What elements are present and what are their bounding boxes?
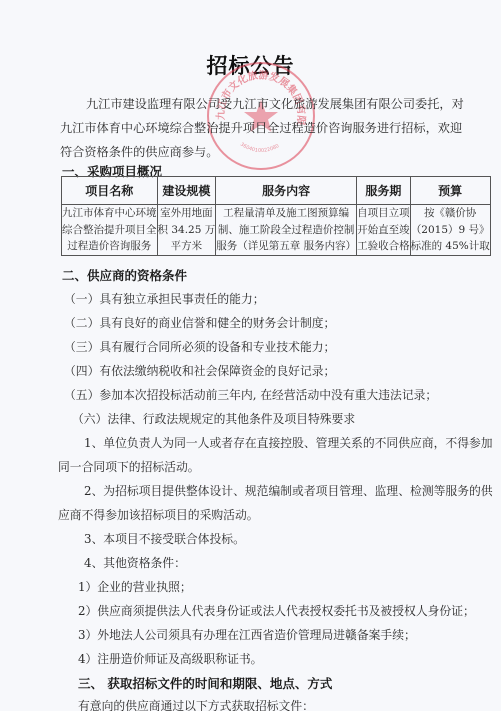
- rule-1-line-2: 同一合同项下的招标活动。: [58, 458, 200, 475]
- header-service-period: 服务期: [357, 177, 411, 205]
- qualification-item-5: （五）参加本次招投标活动前三年内, 在经营活动中没有重大违法记录；: [64, 386, 437, 403]
- header-budget: 预算: [410, 177, 490, 205]
- cell-service-period: 自项目立项 开始直至竣 工验收合格: [357, 205, 411, 256]
- cell-budget: 按《赣价协 （2015）9 号》 标准的 45%计取: [410, 205, 490, 256]
- rule-1-line-1: 1、单位负责人为同一人或者存在直接控股、管理关系的不同供应商，不得参加: [84, 434, 493, 451]
- sub-item-2: 2）供应商须提供法人代表身份证或法人代表授权委托书及被授权人身份证；: [78, 602, 475, 619]
- header-service-content: 服务内容: [216, 177, 357, 205]
- header-scale: 建设规模: [157, 177, 216, 205]
- section3-text: 有意向的供应商通过以下方式获取招标文件：: [78, 697, 314, 711]
- qualification-item-1: （一）具有独立承担民事责任的能力；: [64, 290, 265, 307]
- qualification-item-4: （四）有依法缴纳税收和社会保障资金的良好记录；: [64, 362, 335, 379]
- table-row: 九江市体育中心环境 综合整治提升项目全 过程造价咨询服务 室外用地面 积 34.…: [62, 205, 491, 256]
- sub-item-3: 3）外地法人公司须具有办理在江西省造价管理局进赣备案手续；: [78, 626, 416, 643]
- rule-2-line-1: 2、为招标项目提供整体设计、规范编制或者项目管理、监理、检测等服务的供: [84, 482, 493, 499]
- qualification-item-3: （三）具有履行合同所必须的设备和专业技术能力；: [64, 338, 335, 355]
- rule-3: 3、本项目不接受联合体投标。: [84, 530, 245, 547]
- section3-heading: 三、 获取招标文件的时间和期限、地点、方式: [78, 674, 332, 692]
- document-title: 招标公告: [0, 50, 501, 80]
- table-header-row: 项目名称 建设规模 服务内容 服务期 预算: [62, 177, 491, 205]
- rule-2-line-2: 应商不得参加该招标项目的采购活动。: [58, 506, 259, 523]
- intro-paragraph: 九江市建设监理有限公司受九江市文化旅游发展集团有限公司委托，对九江市体育中心环境…: [60, 92, 470, 164]
- cell-service-content: 工程量清单及施工图预算编 制、施工阶段全过程造价控制 服务（详见第五章 服务内容…: [216, 205, 357, 256]
- project-overview-table: 项目名称 建设规模 服务内容 服务期 预算 九江市体育中心环境 综合整治提升项目…: [61, 176, 491, 256]
- document-page: 招标公告 九江市文化旅游发展集团有限公司 3604010022080 九江市建设…: [0, 0, 501, 711]
- sub-item-4: 4）注册造价师证及高级职称证书。: [78, 650, 262, 667]
- sub-item-1: 1）企业的营业执照；: [78, 578, 192, 595]
- qualification-item-2: （二）具有良好的商业信誉和健全的财务会计制度；: [64, 314, 335, 331]
- rule-4: 4、其他资格条件：: [84, 554, 186, 571]
- qualification-item-6: （六）法律、行政法规规定的其他条件及项目特殊要求: [72, 410, 355, 427]
- header-project-name: 项目名称: [62, 177, 158, 205]
- section2-heading: 二、供应商的资格条件: [62, 266, 187, 284]
- cell-scale: 室外用地面 积 34.25 万 平方米: [157, 205, 216, 256]
- cell-project-name: 九江市体育中心环境 综合整治提升项目全 过程造价咨询服务: [62, 205, 158, 256]
